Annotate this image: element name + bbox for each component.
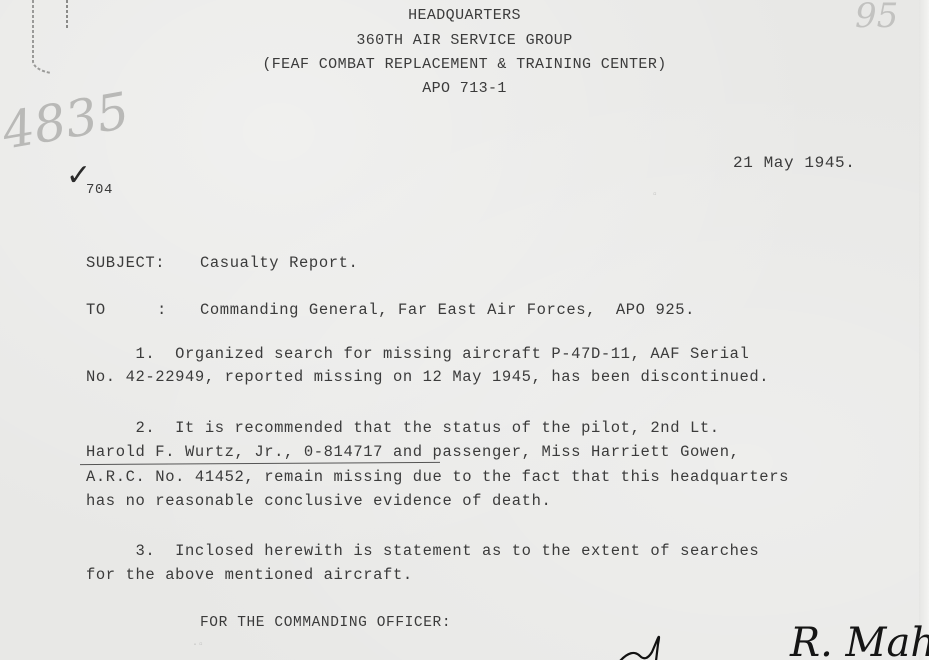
faint-stamp-mark: ▫: [652, 190, 658, 201]
letterhead-line-4: APO 713-1: [0, 80, 929, 97]
subject-value: Casualty Report.: [200, 254, 358, 272]
paragraph-3-line-2: for the above mentioned aircraft.: [86, 566, 413, 584]
to-label: TO: [86, 301, 106, 319]
paragraph-1-line-1: 1. Organized search for missing aircraft…: [86, 345, 749, 363]
signature-flourish-icon: [618, 630, 698, 660]
page-edge: [919, 0, 929, 660]
paragraph-1-line-2: No. 42-22949, reported missing on 12 May…: [86, 368, 769, 386]
name-underline: [80, 462, 440, 465]
subject-label: SUBJECT:: [86, 254, 165, 272]
paragraph-2-line-3: A.R.C. No. 41452, remain missing due to …: [86, 468, 789, 486]
closing-line: FOR THE COMMANDING OFFICER:: [200, 615, 451, 631]
letterhead-line-2: 360TH AIR SERVICE GROUP: [0, 32, 929, 49]
faint-mark: ·▫: [192, 640, 204, 651]
to-separator: :: [157, 301, 167, 319]
paragraph-2-line-2: Harold F. Wurtz, Jr., 0-814717 and passe…: [86, 443, 740, 461]
paragraph-3-line-1: 3. Inclosed herewith is statement as to …: [86, 542, 759, 560]
letter-date: 21 May 1945.: [733, 154, 855, 172]
letterhead-line-3: (FEAF COMBAT REPLACEMENT & TRAINING CENT…: [0, 56, 929, 73]
paragraph-2-line-1: 2. It is recommended that the status of …: [86, 419, 720, 437]
paragraph-2-line-4: has no reasonable conclusive evidence of…: [86, 492, 551, 510]
file-number: 704: [86, 182, 113, 198]
document-page: 95 4835 ✓ 704 HEADQUARTERS 360TH AIR SER…: [0, 0, 929, 660]
signature: R. Mah: [790, 620, 929, 660]
letterhead-line-1: HEADQUARTERS: [0, 7, 929, 24]
to-value: Commanding General, Far East Air Forces,…: [200, 301, 695, 319]
